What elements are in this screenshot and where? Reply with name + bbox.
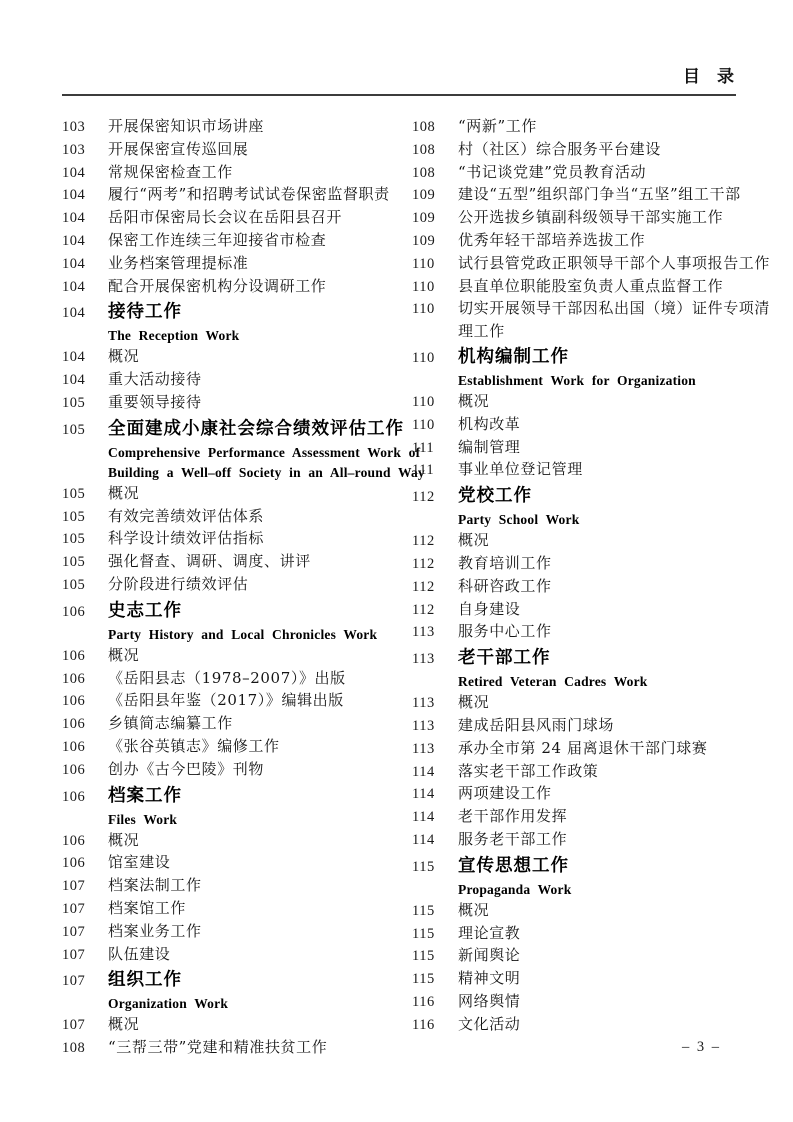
toc-entry-title: 宣传思想工作	[458, 852, 569, 878]
toc-entry-title: 强化督查、调研、调度、讲评	[108, 551, 311, 573]
toc-entry-right-26: 113建成岳阳县风雨门球场	[412, 715, 750, 738]
toc-entry-page-number: 107	[62, 876, 94, 898]
toc-entry-title: 承办全市第 24 届离退休干部门球赛	[458, 738, 707, 760]
toc-entry-title: 编制管理	[458, 437, 520, 459]
toc-entry-right-6: 110试行县管党政正职领导干部个人事项报告工作	[412, 253, 750, 276]
toc-entry-right-36: 115新闻舆论	[412, 945, 750, 968]
toc-entry-title: 配合开展保密机构分设调研工作	[108, 276, 326, 298]
toc-entry-left-27: 106《张谷英镇志》编修工作	[62, 736, 400, 759]
toc-entry-title: 新闻舆论	[458, 945, 520, 967]
toc-entry-right-12: 110概况	[412, 391, 750, 414]
toc-entry-right-34: 115概况	[412, 900, 750, 923]
page-header-title: 目 录	[62, 62, 736, 87]
toc-entry-title: 公开选拔乡镇副科级领导干部实施工作	[458, 207, 723, 229]
toc-entry-page-number: 104	[62, 277, 94, 299]
toc-entry-page-number: 103	[62, 140, 94, 162]
toc-entry-left-24: 106《岳阳县志（1978–2007）》出版	[62, 668, 400, 691]
toc-entry-title: 概况	[458, 900, 489, 922]
toc-entry-page-number: 108	[412, 117, 444, 139]
toc-entry-title: 建成岳阳县风雨门球场	[458, 715, 614, 737]
toc-entry-page-number: 112	[412, 554, 444, 576]
toc-entry-page-number: 105	[62, 417, 94, 443]
toc-entry-title: 建设“五型”组织部门争当“五坚”组工干部	[458, 184, 741, 206]
toc-entry-title: 《岳阳县年鉴（2017）》编辑出版	[108, 690, 344, 712]
toc-entry-left-22: Party History and Local Chronicles Work	[62, 625, 400, 645]
toc-entry-title: Comprehensive Performance Assessment Wor…	[108, 443, 420, 463]
toc-entry-right-13: 110机构改革	[412, 414, 750, 437]
toc-entry-page-number: 113	[412, 693, 444, 715]
toc-entry-left-15: Building a Well–off Society in an All–ro…	[62, 463, 400, 483]
toc-entry-title: Party School Work	[458, 510, 579, 530]
toc-column-left: 103开展保密知识市场讲座103开展保密宣传巡回展104常规保密检查工作104履…	[62, 116, 400, 1060]
toc-entry-right-8: 110切实开展领导干部因私出国（境）证件专项清	[412, 298, 750, 321]
toc-entry-title: 创办《古今巴陵》刊物	[108, 759, 264, 781]
toc-entry-page-number: 107	[62, 945, 94, 967]
toc-entry-title: 保密工作连续三年迎接省市检查	[108, 230, 326, 252]
toc-entry-title: 教育培训工作	[458, 553, 552, 575]
toc-entry-right-39: 116文化活动	[412, 1014, 750, 1037]
toc-entry-page-number: 106	[62, 784, 94, 810]
toc-entry-page-number: 104	[62, 347, 94, 369]
toc-entry-page-number: 104	[62, 370, 94, 392]
toc-entry-left-14: Comprehensive Performance Assessment Wor…	[62, 443, 400, 463]
toc-entry-title: 重要领导接待	[108, 392, 202, 414]
toc-entry-right-30: 114老干部作用发挥	[412, 806, 750, 829]
toc-entry-title: 概况	[108, 483, 139, 505]
toc-entry-left-28: 106创办《古今巴陵》刊物	[62, 759, 400, 782]
toc-entry-left-0: 103开展保密知识市场讲座	[62, 116, 400, 139]
header-rule	[62, 94, 736, 96]
toc-entry-right-23: 113老干部工作	[412, 644, 750, 672]
toc-entry-right-33: Propaganda Work	[412, 880, 750, 900]
toc-entry-page-number: 107	[62, 1015, 94, 1037]
toc-entry-left-37: 107组织工作	[62, 966, 400, 994]
toc-entry-page-number: 106	[62, 646, 94, 668]
toc-entry-title: 机构编制工作	[458, 343, 569, 369]
toc-entry-page-number: 104	[62, 185, 94, 207]
toc-entry-title: 试行县管党政正职领导干部个人事项报告工作	[458, 253, 770, 275]
toc-entry-title: 档案业务工作	[108, 921, 202, 943]
toc-page: 目 录 103开展保密知识市场讲座103开展保密宣传巡回展104常规保密检查工作…	[0, 0, 793, 1122]
toc-entry-left-12: 105重要领导接待	[62, 392, 400, 415]
toc-entry-page-number: 109	[412, 208, 444, 230]
toc-entry-title: 概况	[458, 391, 489, 413]
toc-entry-page-number: 106	[62, 714, 94, 736]
toc-entry-left-11: 104重大活动接待	[62, 369, 400, 392]
toc-entry-title: 优秀年轻干部培养选拔工作	[458, 230, 645, 252]
toc-entry-title: 自身建设	[458, 599, 520, 621]
toc-entry-left-31: 106概况	[62, 830, 400, 853]
toc-entry-page-number: 104	[62, 208, 94, 230]
toc-entry-title: 党校工作	[458, 482, 532, 508]
toc-entry-right-15: 111事业单位登记管理	[412, 459, 750, 482]
toc-entry-right-22: 113服务中心工作	[412, 621, 750, 644]
toc-entry-title: 档案法制工作	[108, 875, 202, 897]
toc-entry-page-number: 104	[62, 300, 94, 326]
toc-entry-page-number: 105	[62, 507, 94, 529]
toc-entry-title: 服务老干部工作	[458, 829, 567, 851]
toc-entry-right-27: 113承办全市第 24 届离退休干部门球赛	[412, 738, 750, 761]
toc-entry-left-8: 104接待工作	[62, 298, 400, 326]
toc-entry-left-7: 104配合开展保密机构分设调研工作	[62, 276, 400, 299]
toc-entry-left-6: 104业务档案管理提标准	[62, 253, 400, 276]
toc-entry-page-number: 114	[412, 830, 444, 852]
toc-entry-left-4: 104岳阳市保密局长会议在岳阳县召开	[62, 207, 400, 230]
toc-entry-left-10: 104概况	[62, 346, 400, 369]
toc-entry-right-31: 114服务老干部工作	[412, 829, 750, 852]
toc-entry-title: “书记谈党建”党员教育活动	[458, 162, 646, 184]
toc-entry-right-38: 116网络舆情	[412, 991, 750, 1014]
page-content: 目 录 103开展保密知识市场讲座103开展保密宣传巡回展104常规保密检查工作…	[62, 62, 736, 1060]
toc-entry-title: 概况	[458, 530, 489, 552]
toc-entry-title: Party History and Local Chronicles Work	[108, 625, 377, 645]
toc-entry-right-21: 112自身建设	[412, 599, 750, 622]
toc-entry-left-2: 104常规保密检查工作	[62, 162, 400, 185]
toc-entry-page-number: 114	[412, 762, 444, 784]
toc-entry-page-number: 114	[412, 807, 444, 829]
toc-entry-left-5: 104保密工作连续三年迎接省市检查	[62, 230, 400, 253]
toc-entry-page-number: 105	[62, 529, 94, 551]
toc-entry-title: 切实开展领导干部因私出国（境）证件专项清	[458, 298, 770, 320]
toc-entry-left-33: 107档案法制工作	[62, 875, 400, 898]
page-header: 目 录	[62, 62, 736, 96]
toc-entry-title: 重大活动接待	[108, 369, 202, 391]
toc-entry-page-number: 109	[412, 185, 444, 207]
toc-entry-page-number: 105	[62, 552, 94, 574]
toc-entry-page-number: 107	[62, 922, 94, 944]
toc-column-right: 108“两新”工作108村（社区）综合服务平台建设108“书记谈党建”党员教育活…	[412, 116, 750, 1060]
toc-entry-page-number: 115	[412, 854, 444, 880]
toc-entry-title: 开展保密宣传巡回展	[108, 139, 248, 161]
toc-entry-title: 科研咨政工作	[458, 576, 552, 598]
toc-entry-title: “两新”工作	[458, 116, 537, 138]
toc-entry-page-number: 113	[412, 739, 444, 761]
toc-entry-left-26: 106乡镇简志编纂工作	[62, 713, 400, 736]
toc-entry-title: 机构改革	[458, 414, 520, 436]
toc-entry-title: 《张谷英镇志》编修工作	[108, 736, 280, 758]
toc-entry-left-18: 105科学设计绩效评估指标	[62, 528, 400, 551]
toc-entry-left-39: 107概况	[62, 1014, 400, 1037]
toc-entry-left-9: The Reception Work	[62, 326, 400, 346]
toc-entry-right-25: 113概况	[412, 692, 750, 715]
toc-entry-title: 分阶段进行绩效评估	[108, 574, 248, 596]
toc-entry-left-35: 107档案业务工作	[62, 921, 400, 944]
toc-entry-title: 科学设计绩效评估指标	[108, 528, 264, 550]
toc-entry-title: 两项建设工作	[458, 783, 552, 805]
toc-entry-right-28: 114落实老干部工作政策	[412, 761, 750, 784]
toc-entry-left-19: 105强化督查、调研、调度、讲评	[62, 551, 400, 574]
toc-entry-page-number: 106	[62, 669, 94, 691]
toc-entry-left-17: 105有效完善绩效评估体系	[62, 506, 400, 529]
toc-entry-left-30: Files Work	[62, 810, 400, 830]
toc-entry-title: 理工作	[458, 321, 505, 343]
toc-entry-title: 事业单位登记管理	[458, 459, 583, 481]
toc-entry-page-number: 116	[412, 1015, 444, 1037]
toc-entry-title: 史志工作	[108, 597, 182, 623]
toc-entry-left-3: 104履行“两考”和招聘考试试卷保密监督职责	[62, 184, 400, 207]
toc-entry-page-number: 107	[62, 899, 94, 921]
toc-entry-left-38: Organization Work	[62, 994, 400, 1014]
toc-entry-page-number: 106	[62, 691, 94, 713]
toc-entry-page-number: 113	[412, 622, 444, 644]
toc-entry-right-19: 112教育培训工作	[412, 553, 750, 576]
toc-entry-right-16: 112党校工作	[412, 482, 750, 510]
toc-entry-title: 概况	[108, 645, 139, 667]
toc-entry-page-number: 109	[412, 231, 444, 253]
toc-entry-right-14: 111编制管理	[412, 437, 750, 460]
toc-entry-title: 县直单位职能股室负责人重点监督工作	[458, 276, 723, 298]
toc-entry-title: Retired Veteran Cadres Work	[458, 672, 648, 692]
toc-entry-right-29: 114两项建设工作	[412, 783, 750, 806]
toc-entry-page-number: 113	[412, 646, 444, 672]
toc-entry-page-number: 106	[62, 599, 94, 625]
toc-entry-title: 精神文明	[458, 968, 520, 990]
page-number: – 3 –	[682, 1039, 721, 1056]
toc-entry-page-number: 108	[412, 163, 444, 185]
toc-entry-title: 全面建成小康社会综合绩效评估工作	[108, 415, 404, 441]
toc-entry-title: 常规保密检查工作	[108, 162, 233, 184]
toc-entry-left-32: 106馆室建设	[62, 852, 400, 875]
toc-entry-title: 岳阳市保密局长会议在岳阳县召开	[108, 207, 342, 229]
toc-entry-title: 履行“两考”和招聘考试试卷保密监督职责	[108, 184, 390, 206]
toc-entry-page-number: 104	[62, 231, 94, 253]
toc-entry-right-35: 115理论宣教	[412, 923, 750, 946]
toc-entry-page-number: 106	[62, 760, 94, 782]
toc-entry-right-11: Establishment Work for Organization	[412, 371, 750, 391]
toc-entry-page-number: 108	[412, 140, 444, 162]
toc-entry-page-number: 112	[412, 600, 444, 622]
toc-entry-page-number: 106	[62, 831, 94, 853]
toc-entry-title: 文化活动	[458, 1014, 520, 1036]
toc-entry-title: Building a Well–off Society in an All–ro…	[108, 463, 425, 483]
toc-entry-title: 队伍建设	[108, 944, 170, 966]
toc-entry-page-number: 116	[412, 992, 444, 1014]
toc-entry-page-number: 110	[412, 345, 444, 371]
toc-entry-title: 档案工作	[108, 782, 182, 808]
toc-entry-left-40: 108“三帮三带”党建和精准扶贫工作	[62, 1037, 400, 1060]
toc-entry-title: Propaganda Work	[458, 880, 571, 900]
toc-entry-page-number: 106	[62, 737, 94, 759]
toc-entry-right-17: Party School Work	[412, 510, 750, 530]
toc-entry-page-number: 110	[412, 277, 444, 299]
toc-entry-left-20: 105分阶段进行绩效评估	[62, 574, 400, 597]
toc-entry-right-3: 109建设“五型”组织部门争当“五坚”组工干部	[412, 184, 750, 207]
toc-entry-title: 开展保密知识市场讲座	[108, 116, 264, 138]
toc-entry-title: 概况	[108, 830, 139, 852]
toc-entry-left-34: 107档案馆工作	[62, 898, 400, 921]
toc-entry-title: 村（社区）综合服务平台建设	[458, 139, 661, 161]
toc-entry-page-number: 105	[62, 393, 94, 415]
toc-entry-page-number: 110	[412, 392, 444, 414]
toc-entry-right-9: 理工作	[412, 321, 750, 343]
toc-entry-title: 服务中心工作	[458, 621, 552, 643]
toc-entry-page-number: 114	[412, 784, 444, 806]
toc-entry-right-10: 110机构编制工作	[412, 343, 750, 371]
toc-entry-page-number: 110	[412, 415, 444, 437]
toc-entry-left-36: 107队伍建设	[62, 944, 400, 967]
toc-entry-title: 乡镇简志编纂工作	[108, 713, 233, 735]
toc-entry-page-number: 112	[412, 577, 444, 599]
toc-entry-page-number: 104	[62, 163, 94, 185]
toc-entry-title: 馆室建设	[108, 852, 170, 874]
toc-entry-page-number: 111	[412, 460, 444, 482]
toc-entry-title: 《岳阳县志（1978–2007）》出版	[108, 668, 346, 690]
toc-columns: 103开展保密知识市场讲座103开展保密宣传巡回展104常规保密检查工作104履…	[62, 116, 736, 1060]
toc-entry-title: The Reception Work	[108, 326, 239, 346]
toc-entry-title: 概况	[108, 1014, 139, 1036]
toc-entry-page-number: 107	[62, 968, 94, 994]
toc-entry-right-7: 110县直单位职能股室负责人重点监督工作	[412, 276, 750, 299]
toc-entry-left-25: 106《岳阳县年鉴（2017）》编辑出版	[62, 690, 400, 713]
toc-entry-right-1: 108村（社区）综合服务平台建设	[412, 139, 750, 162]
toc-entry-title: 老干部作用发挥	[458, 806, 567, 828]
toc-entry-right-20: 112科研咨政工作	[412, 576, 750, 599]
toc-entry-title: 概况	[458, 692, 489, 714]
toc-entry-title: 有效完善绩效评估体系	[108, 506, 264, 528]
toc-entry-right-37: 115精神文明	[412, 968, 750, 991]
toc-entry-title: 档案馆工作	[108, 898, 186, 920]
toc-entry-right-32: 115宣传思想工作	[412, 852, 750, 880]
toc-entry-left-13: 105全面建成小康社会综合绩效评估工作	[62, 415, 400, 443]
toc-entry-page-number: 115	[412, 924, 444, 946]
toc-entry-right-0: 108“两新”工作	[412, 116, 750, 139]
toc-entry-title: 落实老干部工作政策	[458, 761, 598, 783]
toc-entry-page-number: 103	[62, 117, 94, 139]
toc-entry-title: Establishment Work for Organization	[458, 371, 696, 391]
toc-entry-page-number: 111	[412, 438, 444, 460]
toc-entry-page-number: 112	[412, 531, 444, 553]
toc-entry-page-number: 108	[62, 1038, 94, 1060]
toc-entry-left-1: 103开展保密宣传巡回展	[62, 139, 400, 162]
toc-entry-left-16: 105概况	[62, 483, 400, 506]
toc-entry-title: Organization Work	[108, 994, 228, 1014]
toc-entry-title: Files Work	[108, 810, 177, 830]
toc-entry-left-29: 106档案工作	[62, 782, 400, 810]
toc-entry-page-number: 115	[412, 969, 444, 991]
toc-entry-page-number: 113	[412, 716, 444, 738]
toc-entry-right-24: Retired Veteran Cadres Work	[412, 672, 750, 692]
toc-entry-left-21: 106史志工作	[62, 597, 400, 625]
toc-entry-right-4: 109公开选拔乡镇副科级领导干部实施工作	[412, 207, 750, 230]
toc-entry-title: 概况	[108, 346, 139, 368]
toc-entry-page-number: 115	[412, 901, 444, 923]
toc-entry-title: 网络舆情	[458, 991, 520, 1013]
toc-entry-page-number: 110	[412, 254, 444, 276]
toc-entry-title: 业务档案管理提标准	[108, 253, 248, 275]
toc-entry-title: 组织工作	[108, 966, 182, 992]
toc-entry-title: 理论宣教	[458, 923, 520, 945]
toc-entry-page-number: 110	[412, 299, 444, 321]
toc-entry-page-number: 112	[412, 484, 444, 510]
toc-entry-title: 接待工作	[108, 298, 182, 324]
toc-entry-right-5: 109优秀年轻干部培养选拔工作	[412, 230, 750, 253]
toc-entry-page-number: 105	[62, 575, 94, 597]
toc-entry-page-number: 115	[412, 946, 444, 968]
toc-entry-page-number: 104	[62, 254, 94, 276]
toc-entry-page-number: 106	[62, 853, 94, 875]
toc-entry-title: “三帮三带”党建和精准扶贫工作	[108, 1037, 327, 1059]
toc-entry-right-2: 108“书记谈党建”党员教育活动	[412, 162, 750, 185]
toc-entry-page-number: 105	[62, 484, 94, 506]
toc-entry-left-23: 106概况	[62, 645, 400, 668]
toc-entry-title: 老干部工作	[458, 644, 551, 670]
toc-entry-right-18: 112概况	[412, 530, 750, 553]
